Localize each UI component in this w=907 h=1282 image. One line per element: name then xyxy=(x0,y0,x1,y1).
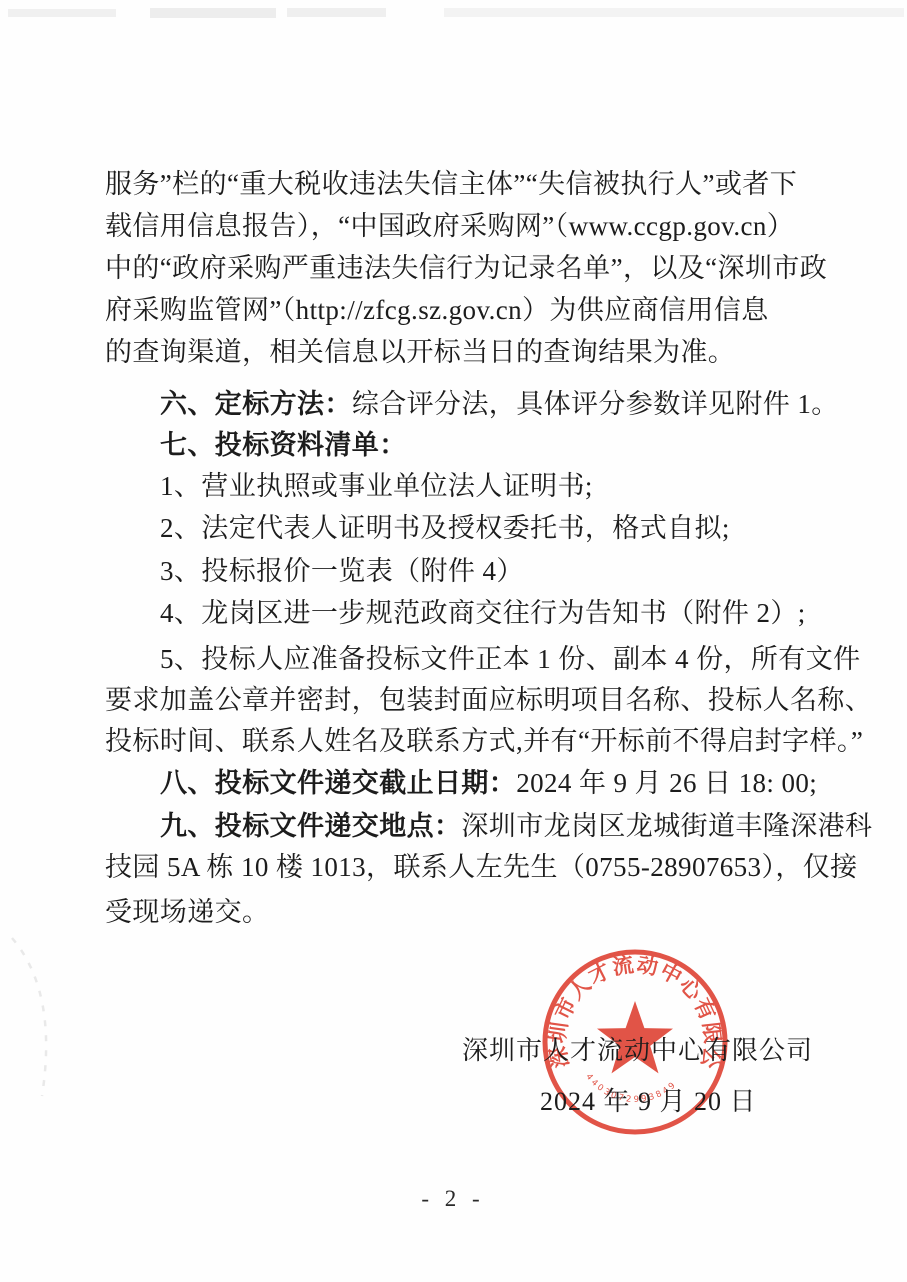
signature-date: 2024 年 9 月 20 日 xyxy=(540,1081,757,1118)
list-item: 3、投标报价一览表（附件 4） xyxy=(160,555,524,587)
text-line: 中的“政府采购严重违法失信行为记录名单”，以及“深圳市政 xyxy=(105,252,827,284)
signature-company-name: 深圳市人才流动中心有限公司 xyxy=(462,1030,813,1067)
list-item: 1、营业执照或事业单位法人证明书; xyxy=(160,470,593,502)
page-number: - 2 - xyxy=(373,1186,533,1212)
text-line: 技园 5A 栋 10 楼 1013，联系人左先生（0755-28907653），… xyxy=(105,851,858,883)
text-line: 载信用信息报告），“中国政府采购网”（www.ccgp.gov.cn） xyxy=(105,210,794,242)
scan-artifact xyxy=(287,8,386,17)
text-line: 的查询渠道，相关信息以开标当日的查询结果为准。 xyxy=(105,336,735,368)
text-line: 服务”栏的“重大税收违法失信主体”“失信被执行人”或者下 xyxy=(105,168,797,200)
list-item: 4、龙岗区进一步规范政商交往行为告知书（附件 2）; xyxy=(160,597,806,629)
text-line: 府采购监管网”（http://zfcg.sz.gov.cn）为供应商信用信息 xyxy=(105,294,769,326)
scan-artifact xyxy=(444,8,904,17)
list-item: 5、投标人应准备投标文件正本 1 份、副本 4 份，所有文件 xyxy=(160,643,861,675)
text-line-heading: 八、投标文件递交截止日期：2024 年 9 月 26 日 18: 00; xyxy=(160,767,817,799)
text-line-heading: 九、投标文件递交地点：深圳市龙岗区龙城街道丰隆深港科 xyxy=(160,810,872,842)
text-line: 要求加盖公章并密封，包装封面应标明项目名称、投标人名称、 xyxy=(105,684,872,716)
text-line-heading: 六、定标方法：综合评分法，具体评分参数详见附件 1。 xyxy=(160,388,839,420)
document-page: 服务”栏的“重大税收违法失信主体”“失信被执行人”或者下 载信用信息报告），“中… xyxy=(0,0,907,1282)
scan-artifact xyxy=(8,9,116,17)
text-line: 投标时间、联系人姓名及联系方式,并有“开标前不得启封字样。” xyxy=(105,725,863,757)
scan-crease-artifact xyxy=(0,930,80,1100)
scan-artifact xyxy=(150,8,276,18)
text-line: 受现场递交。 xyxy=(105,896,269,928)
list-item: 2、法定代表人证明书及授权委托书，格式自拟; xyxy=(160,512,730,544)
text-line-heading: 七、投标资料清单： xyxy=(160,429,407,461)
